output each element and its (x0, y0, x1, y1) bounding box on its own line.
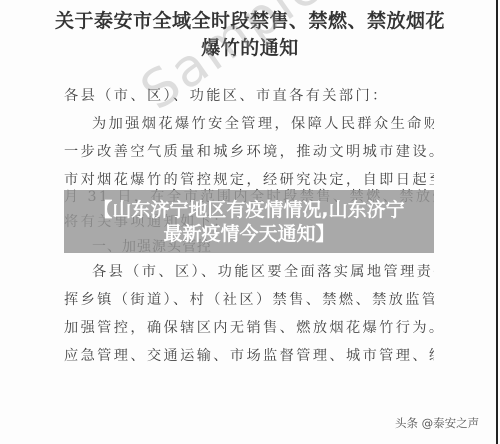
paragraph-2-line: 各县（市、区）、功能区要全面落实属地管理责任，充分发 (64, 263, 434, 281)
paragraph-2-line: 应急管理、交通运输、市场监督管理、城市管理、综合执法等部 (64, 347, 434, 365)
headline-line-2: 最新疫情今天通知】 (163, 222, 334, 246)
paragraph-1-line: 一步改善空气质量和城乡环境，推动文明城市建设。参照周边省、 (64, 143, 434, 161)
headline-overlay-banner: 【山东济宁地区有疫情情况,山东济宁 最新疫情今天通知】 (64, 190, 434, 253)
paragraph-2-line: 加强管控，确保辖区内无销售、燃放烟花爆竹行为。各级公安、 (64, 319, 434, 337)
paragraph-2-line: 挥乡镇（街道）、村（社区）禁售、禁燃、禁放监管网络作用， (64, 291, 434, 309)
source-watermark: 头条 @泰安之声 (395, 415, 479, 431)
addressee: 各县（市、区）、功能区、市直各有关部门： (64, 87, 434, 105)
headline-line-1: 【山东济宁地区有疫情情况,山东济宁 (93, 198, 404, 222)
paragraph-1-line: 为加强烟花爆竹安全管理，保障人民群众生命财产安全，进 (64, 115, 434, 133)
document-page: 关于泰安市全域全时段禁售、禁燃、禁放烟花 爆竹的通知 Sample 各县（市、区… (0, 0, 500, 444)
right-edge-divider (496, 0, 498, 444)
paragraph-1-line: 市对烟花爆竹的管控规定，经研究决定，自即日起至 2022 年 3 (64, 171, 434, 189)
